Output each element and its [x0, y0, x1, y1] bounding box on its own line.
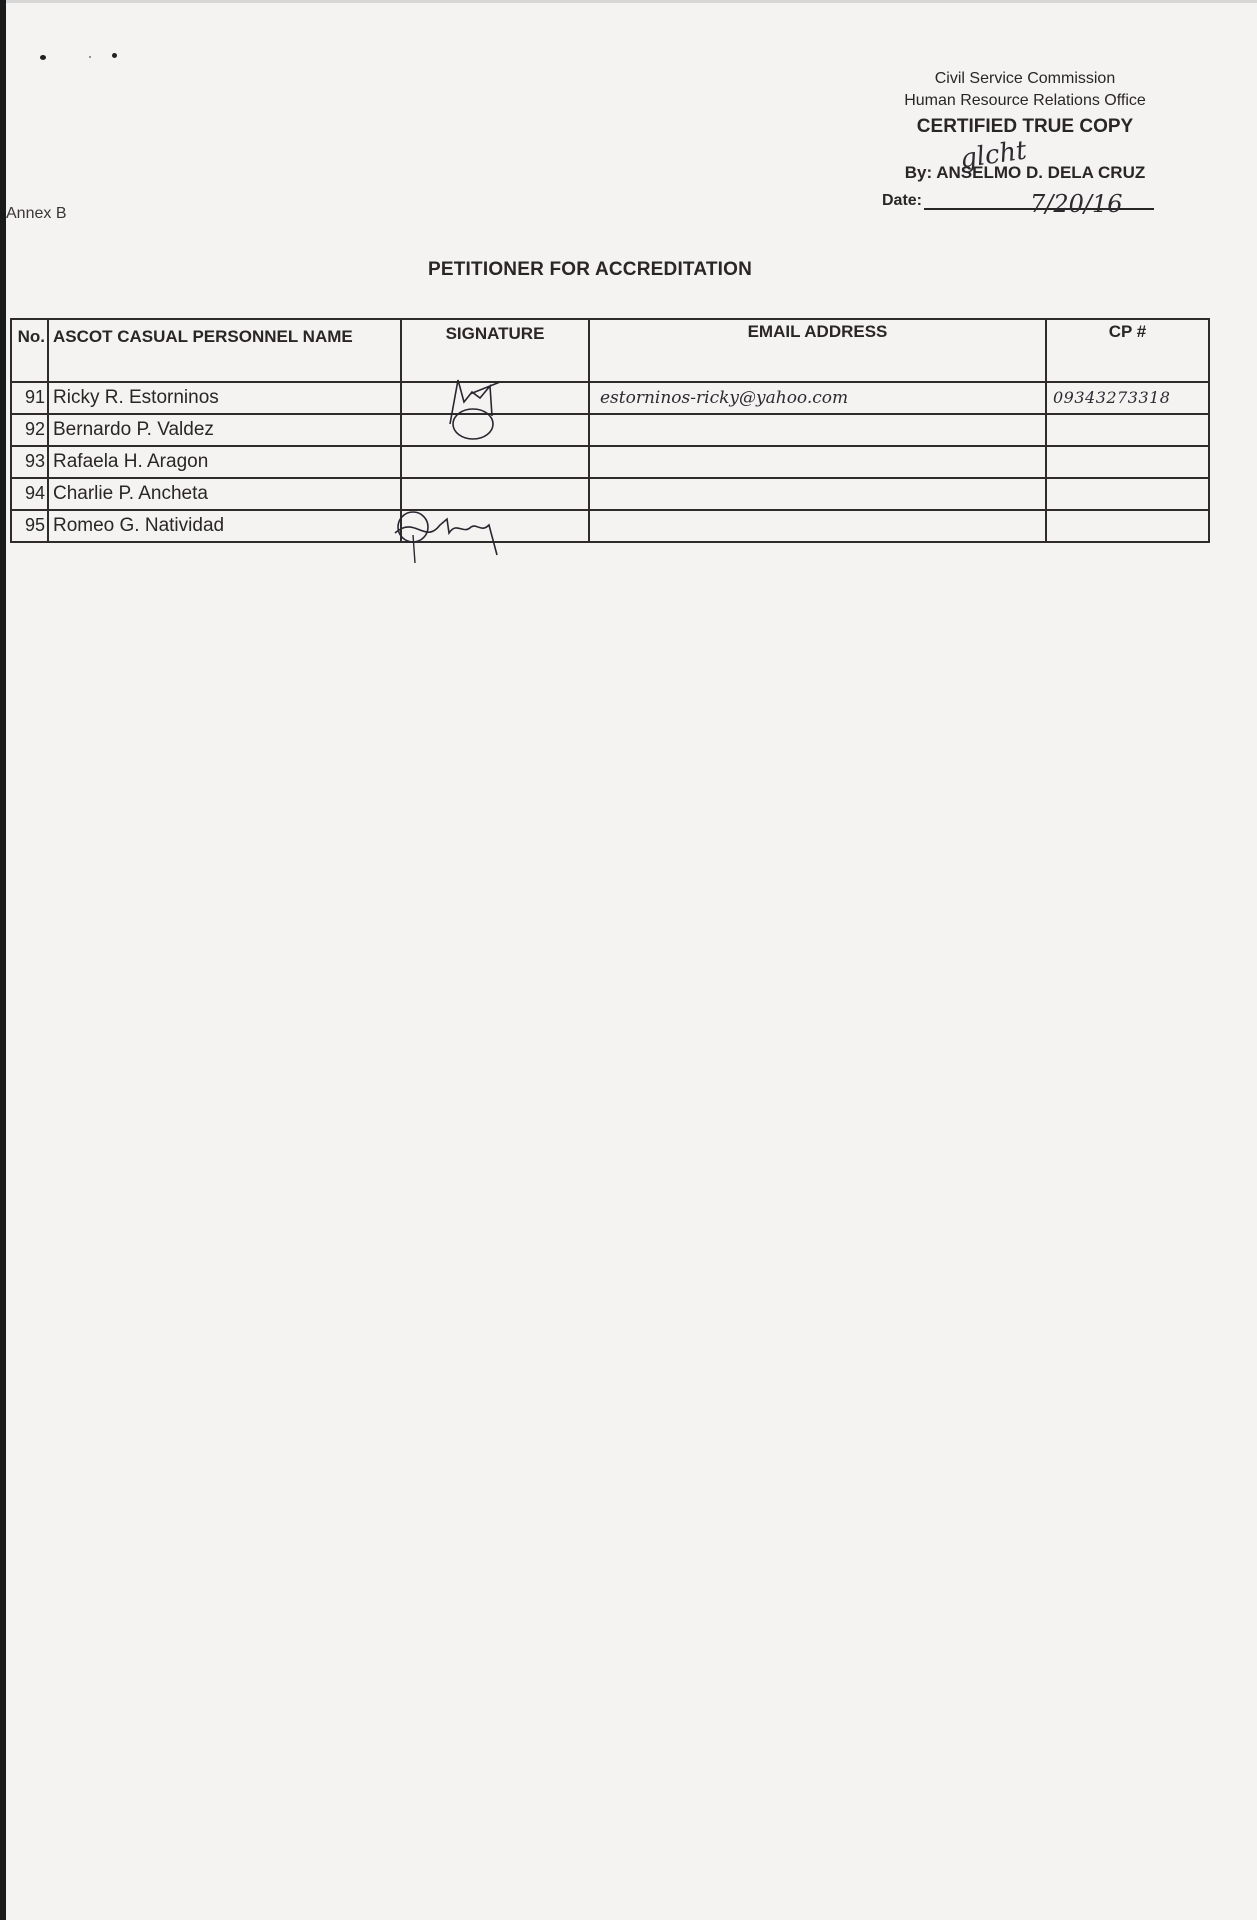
stamp-certification: CERTIFIED TRUE COPY [860, 114, 1190, 140]
row-number: 95 [11, 510, 48, 542]
row-name: Charlie P. Ancheta [48, 478, 401, 510]
header-no: No. [11, 319, 48, 382]
document-title: PETITIONER FOR ACCREDITATION [428, 259, 752, 281]
scan-left-edge [0, 0, 6, 1920]
row-email [589, 446, 1046, 478]
scan-top-edge [0, 0, 1257, 3]
scan-speck [112, 53, 117, 58]
row-number: 93 [11, 446, 48, 478]
stamp-office: Human Resource Relations Office [860, 90, 1190, 112]
row-name: Romeo G. Natividad [48, 510, 401, 542]
row-name: Ricky R. Estorninos [48, 382, 401, 414]
scan-speck [89, 56, 91, 58]
table-row: 92Bernardo P. Valdez [11, 414, 1209, 446]
petitioner-table: No. ASCOT CASUAL PERSONNEL NAME SIGNATUR… [10, 318, 1210, 543]
row-cp-handwritten [1047, 516, 1053, 535]
annex-label: Annex B [6, 205, 66, 223]
row-email [589, 510, 1046, 542]
stamp-handwritten-date: 7/20/16 [1030, 190, 1123, 218]
row-cp [1046, 510, 1209, 542]
row-cp-handwritten [1047, 452, 1053, 471]
row-cp-handwritten [1047, 484, 1053, 503]
row-email [589, 478, 1046, 510]
stamp-agency: Civil Service Commission [860, 68, 1190, 90]
header-email: EMAIL ADDRESS [589, 319, 1046, 382]
table-row: 95Romeo G. Natividad [11, 510, 1209, 542]
row-cp-handwritten: 09343273318 [1047, 388, 1170, 407]
row-email [589, 414, 1046, 446]
table-row: 94Charlie P. Ancheta [11, 478, 1209, 510]
row-cp [1046, 446, 1209, 478]
row-email-handwritten [590, 452, 600, 472]
row-email: estorninos-ricky@yahoo.com [589, 382, 1046, 414]
row-cp [1046, 478, 1209, 510]
scan-speck [40, 55, 46, 60]
table-row: 91Ricky R. Estorninosestorninos-ricky@ya… [11, 382, 1209, 414]
row-email-handwritten [590, 420, 600, 440]
row-cp: 09343273318 [1046, 382, 1209, 414]
row-name: Bernardo P. Valdez [48, 414, 401, 446]
header-name: ASCOT CASUAL PERSONNEL NAME [48, 319, 401, 382]
table-row: 93Rafaela H. Aragon [11, 446, 1209, 478]
row-cp-handwritten [1047, 420, 1053, 439]
header-cp: CP # [1046, 319, 1209, 382]
row-number: 91 [11, 382, 48, 414]
row-name: Rafaela H. Aragon [48, 446, 401, 478]
row-cp [1046, 414, 1209, 446]
signature-scribble-91 [440, 372, 520, 452]
signature-scribble-95 [385, 505, 515, 565]
table-header-row: No. ASCOT CASUAL PERSONNEL NAME SIGNATUR… [11, 319, 1209, 382]
row-number: 92 [11, 414, 48, 446]
row-email-handwritten [590, 484, 600, 504]
row-number: 94 [11, 478, 48, 510]
row-email-handwritten [590, 516, 600, 536]
stamp-date-label: Date: [882, 192, 922, 209]
row-email-handwritten: estorninos-ricky@yahoo.com [590, 388, 848, 408]
